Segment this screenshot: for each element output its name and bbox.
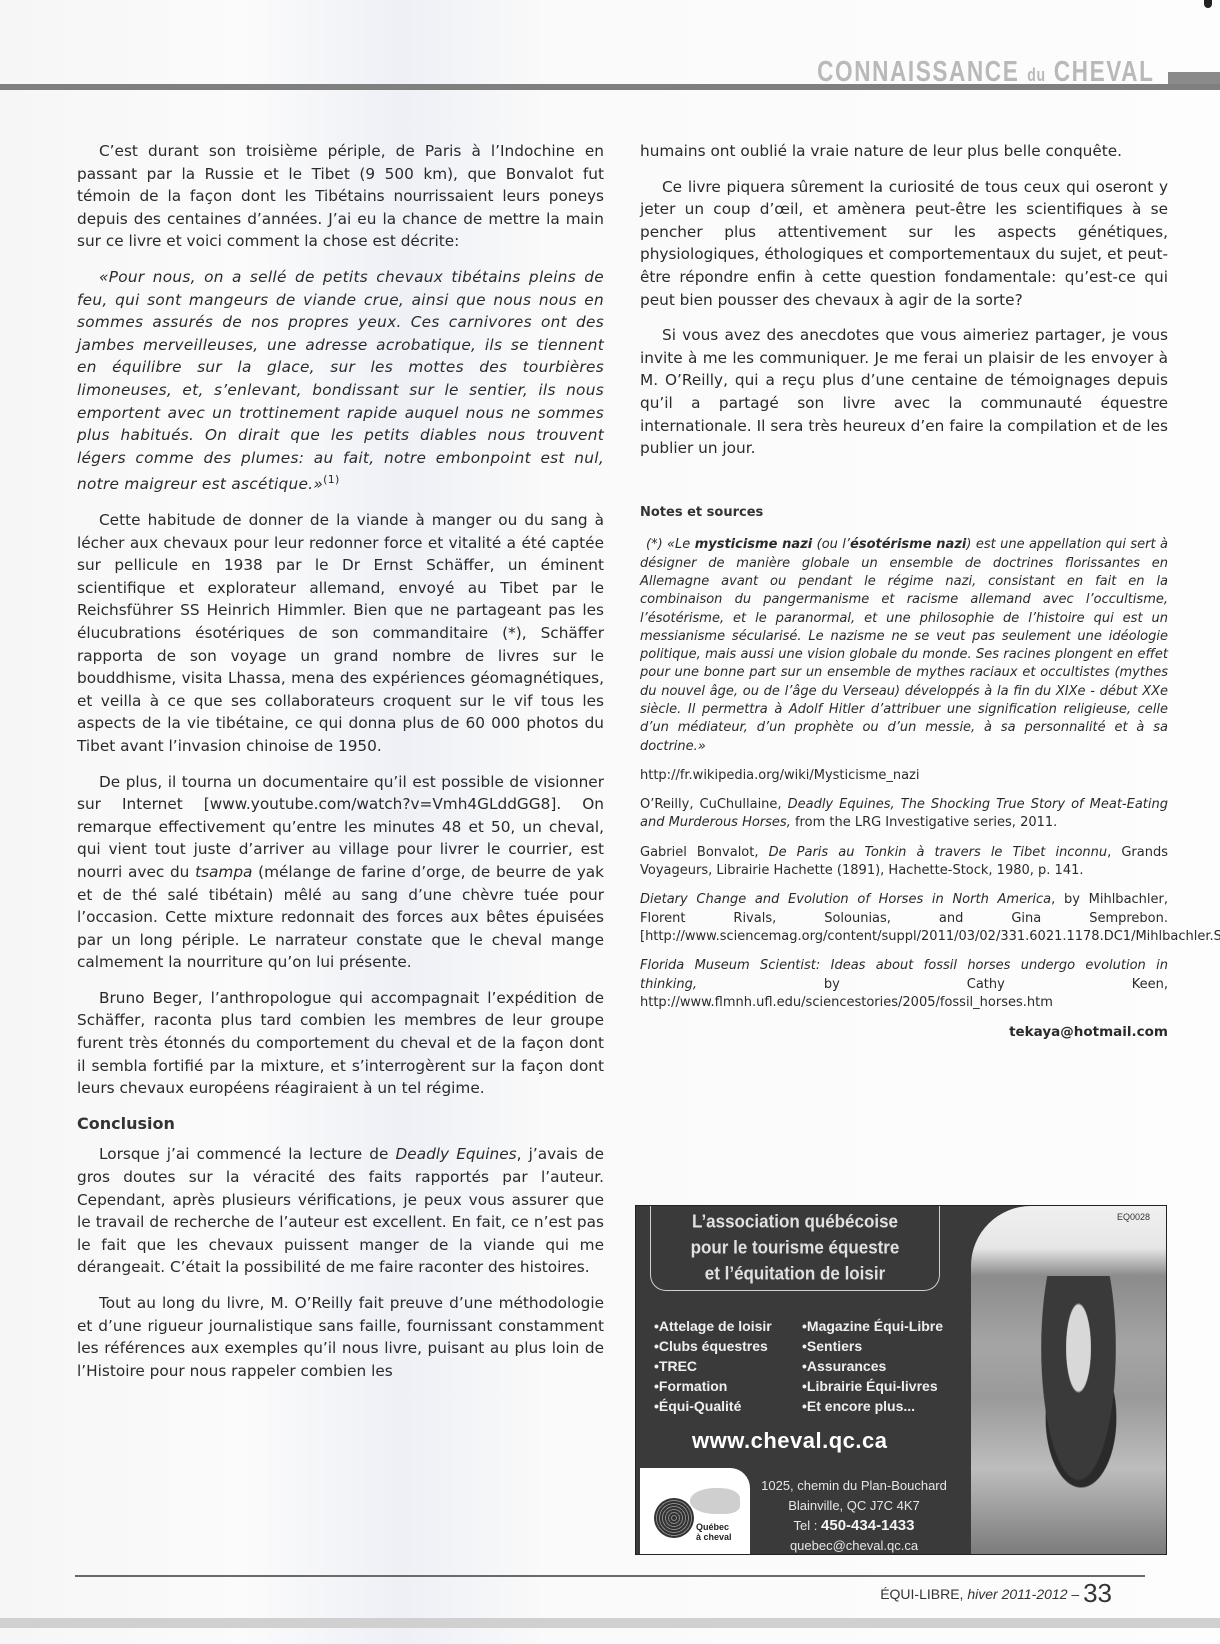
author-email[interactable]: tekaya@hotmail.com: [640, 1023, 1168, 1041]
quote-text: «Pour nous, on a sellé de petits chevaux…: [77, 268, 604, 493]
ad-service-item: Formation: [654, 1376, 772, 1396]
page-footer: ÉQUI-LIBRE, hiver 2011-2012 – 33: [880, 1578, 1112, 1609]
issue-label: hiver 2011-2012: [967, 1586, 1067, 1602]
source-oreilly: O’Reilly, CuChullaine, Deadly Equines, T…: [640, 796, 1168, 833]
paragraph-beger: Bruno Beger, l’anthropologue qui accompa…: [77, 987, 604, 1100]
note-term: mysticisme nazi: [695, 537, 813, 552]
logo-horse-icon: [690, 1488, 740, 1514]
source-title: De Paris au Tonkin à travers le Tibet in…: [769, 845, 1108, 860]
paragraph-bonvalot: C’est durant son troisième périple, de P…: [77, 140, 604, 253]
ad-headline-line: pour le tourisme équestre: [650, 1235, 940, 1261]
ad-service-item: Librairie Équi-livres: [802, 1376, 943, 1396]
logo-text-line: à cheval: [696, 1532, 732, 1542]
ad-headline-line: L’association québécoise: [650, 1209, 940, 1235]
section-title-word2: du: [1027, 65, 1046, 85]
source-details: from the LRG Investigative series, 2011.: [791, 815, 1057, 830]
scan-corner-mark: [1204, 0, 1212, 8]
ad-service-item: Équi-Qualité: [654, 1396, 772, 1416]
paragraph-documentary: De plus, il tourna un documentaire qu’il…: [77, 771, 604, 974]
source-title: Dietary Change and Evolution of Horses i…: [640, 892, 1051, 907]
paragraph-schaffer: Cette habitude de donner de la viande à …: [77, 509, 604, 758]
paragraph-curiosity: Ce livre piquera sûrement la curiosité d…: [640, 176, 1168, 312]
footnote-marker: (1): [323, 473, 339, 486]
ad-service-item: Clubs équestres: [654, 1336, 772, 1356]
ad-service-item: Sentiers: [802, 1336, 943, 1356]
right-column: humains ont oublié la vraie nature de le…: [640, 140, 1168, 1041]
logo-text: Québec à cheval: [696, 1522, 732, 1542]
paragraph-conclusion: Lorsque j’ai commencé la lecture de Dead…: [77, 1143, 604, 1279]
ad-address-line: 1025, chemin du Plan-Bouchard: [754, 1476, 954, 1496]
source-dietary-change: Dietary Change and Evolution of Horses i…: [640, 891, 1168, 946]
ad-address-line: Blainville, QC J7C 4K7: [754, 1496, 954, 1516]
rider-silhouette: [1031, 1276, 1126, 1516]
paragraph-methodology: Tout au long du livre, M. O’Reilly fait …: [77, 1292, 604, 1382]
magazine-name: ÉQUI-LIBRE,: [880, 1586, 963, 1602]
source-florida-museum: Florida Museum Scientist: Ideas about fo…: [640, 957, 1168, 1012]
footer-separator: –: [1068, 1586, 1084, 1602]
logo-text-line: Québec: [696, 1522, 732, 1532]
notes-heading: Notes et sources: [640, 502, 1168, 525]
ad-service-item: Et encore plus...: [802, 1396, 943, 1416]
logo-disc-icon: [654, 1498, 694, 1538]
source-details: by Cathy Keen, http://www.flmnh.ufl.edu/…: [640, 977, 1168, 1010]
paragraph-anecdotes: Si vous avez des anecdotes que vous aime…: [640, 324, 1168, 460]
header-rule: [0, 84, 1220, 90]
paragraph-continuation: humains ont oublié la vraie nature de le…: [640, 140, 1168, 163]
ad-code: EQ0028: [1117, 1212, 1150, 1222]
left-column: C’est durant son troisième périple, de P…: [77, 140, 604, 1395]
page-number: 33: [1083, 1578, 1112, 1608]
note-mysticism: (*) «Le mysticisme nazi (ou l’ésotérisme…: [640, 536, 1168, 756]
quote-bonvalot: «Pour nous, on a sellé de petits chevaux…: [77, 266, 604, 496]
scan-bottom-band: [0, 1618, 1220, 1628]
source-wikipedia-link[interactable]: http://fr.wikipedia.org/wiki/Mysticisme_…: [640, 767, 1168, 785]
ad-service-item: TREC: [654, 1356, 772, 1376]
note-text: (ou l’: [812, 537, 850, 552]
ad-contact-block: 1025, chemin du Plan-Bouchard Blainville…: [754, 1476, 954, 1555]
ad-services-left: Attelage de loisir Clubs équestres TREC …: [654, 1316, 772, 1416]
note-text: ) est une appellation qui sert à désigne…: [640, 537, 1168, 753]
note-term: ésotérisme nazi: [850, 537, 966, 552]
ad-headline-line: et l’équitation de loisir: [650, 1261, 940, 1287]
ad-email-link[interactable]: quebec@cheval.qc.ca: [754, 1536, 954, 1555]
ad-services-right: Magazine Équi-Libre Sentiers Assurances …: [802, 1316, 943, 1416]
book-title-deadly-equines: Deadly Equines: [396, 1145, 517, 1163]
ad-phone: Tel : 450-434-1433: [754, 1516, 954, 1536]
notes-list: (*) «Le mysticisme nazi (ou l’ésotérisme…: [640, 536, 1168, 1041]
ad-headline: L’association québécoise pour le tourism…: [650, 1209, 940, 1287]
conclusion-text-start: Lorsque j’ai commencé la lecture de: [99, 1145, 396, 1163]
phone-number[interactable]: 450-434-1433: [821, 1517, 914, 1534]
note-text: (*) «Le: [646, 537, 695, 552]
ad-service-item: Attelage de loisir: [654, 1316, 772, 1336]
conclusion-heading: Conclusion: [77, 1113, 604, 1136]
quebec-a-cheval-logo: Québec à cheval: [640, 1468, 750, 1555]
ad-website-link[interactable]: www.cheval.qc.ca: [692, 1428, 888, 1454]
term-tsampa: tsampa: [195, 863, 252, 881]
phone-label: Tel :: [794, 1518, 821, 1533]
advertisement-cheval-quebec[interactable]: EQ0028 L’association québécoise pour le …: [635, 1205, 1167, 1555]
footer-rule: [75, 1575, 1145, 1577]
source-bonvalot: Gabriel Bonvalot, De Paris au Tonkin à t…: [640, 844, 1168, 881]
ad-service-item: Magazine Équi-Libre: [802, 1316, 943, 1336]
source-author: O’Reilly, CuChullaine,: [640, 797, 788, 812]
conclusion-text-end: , j’avais de gros doutes sur la véracité…: [77, 1145, 604, 1276]
source-author: Gabriel Bonvalot,: [640, 845, 769, 860]
ad-service-item: Assurances: [802, 1356, 943, 1376]
